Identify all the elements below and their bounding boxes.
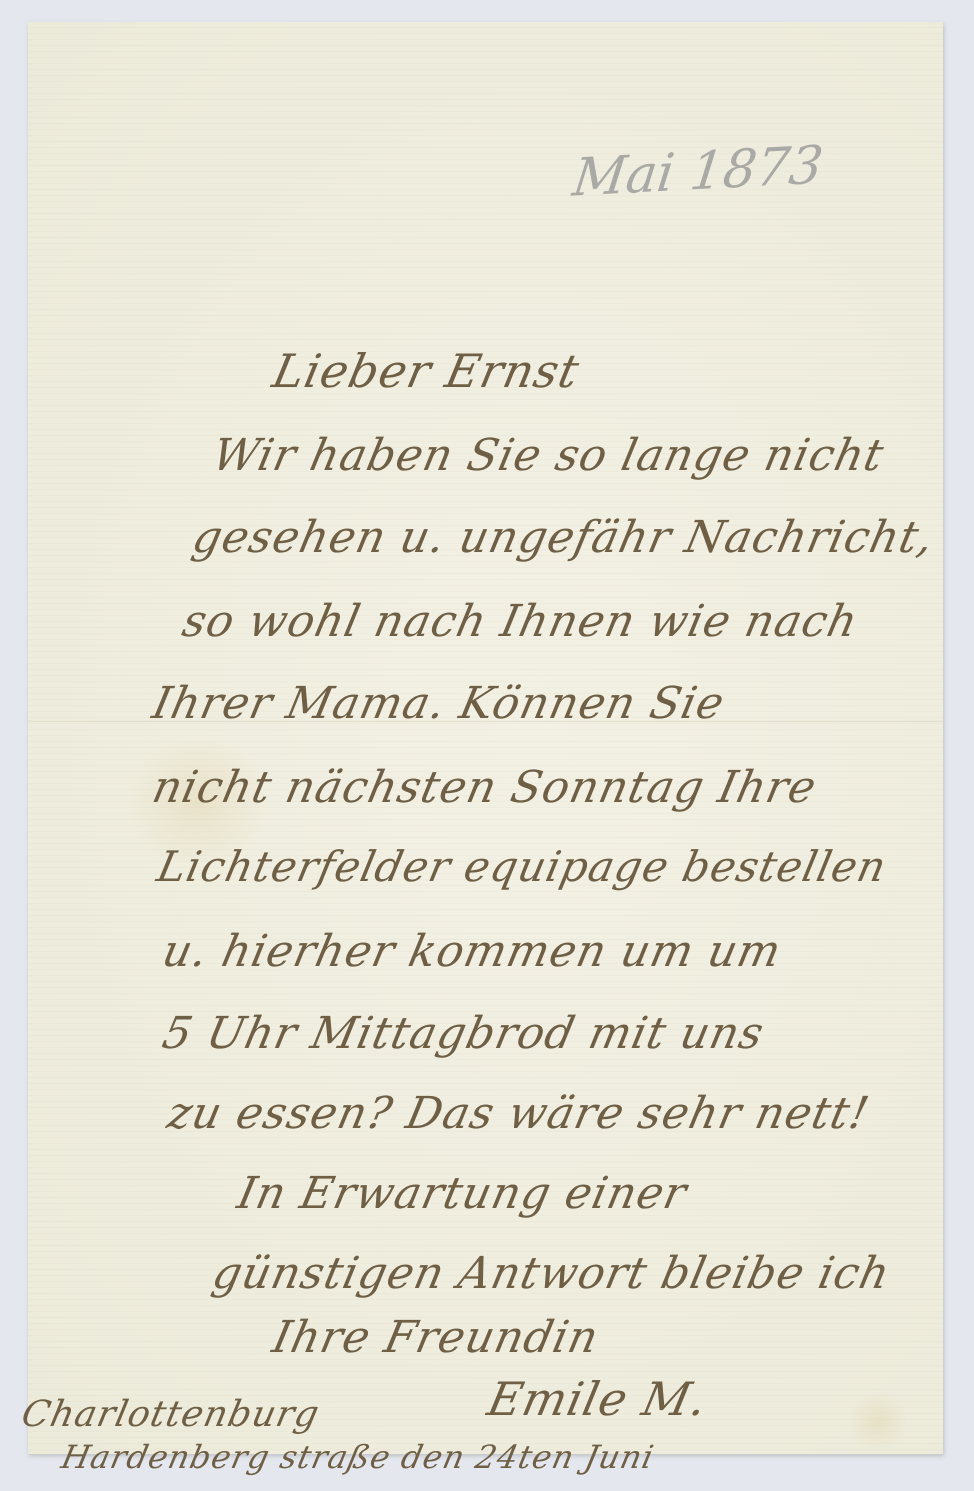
body-line-7: u. hierher kommen um um	[158, 926, 786, 977]
closing-line-1: In Erwartung einer	[233, 1168, 692, 1219]
signature: Emile M.	[483, 1372, 713, 1426]
pencil-date-annotation: Mai 1873	[569, 135, 826, 209]
closing-line-2: günstigen Antwort bleibe ich	[208, 1248, 895, 1299]
address-line-2: Hardenberg straße den 24ten Juni	[58, 1438, 658, 1476]
body-line-9: zu essen? Das wäre sehr nett!	[163, 1088, 874, 1139]
body-line-5: nicht nächsten Sonntag Ihre	[148, 762, 821, 813]
letter-paper: Mai 1873 Lieber Ernst Wir haben Sie so l…	[28, 22, 943, 1454]
body-line-1: Wir haben Sie so lange nicht	[208, 430, 889, 481]
body-line-3: so wohl nach Ihnen wie nach	[178, 596, 863, 647]
body-line-2: gesehen u. ungefähr Nachricht,	[188, 512, 939, 563]
paper-stain	[848, 1392, 908, 1452]
body-line-6: Lichterfelder equipage bestellen	[153, 842, 891, 891]
salutation: Lieber Ernst	[268, 344, 585, 398]
closing-line-3: Ihre Freundin	[268, 1312, 603, 1363]
body-line-4: Ihrer Mama. Können Sie	[148, 678, 729, 729]
address-line-1: Charlottenburg	[18, 1394, 323, 1435]
body-line-8: 5 Uhr Mittagbrod mit uns	[158, 1008, 769, 1059]
